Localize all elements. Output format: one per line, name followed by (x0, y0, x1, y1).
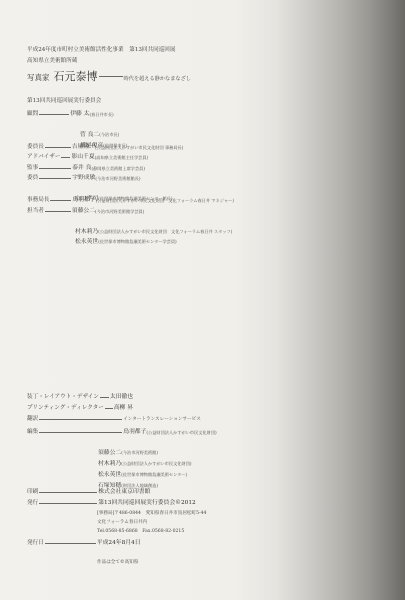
leader-dash (39, 168, 71, 169)
credit-label: 発行 (27, 501, 38, 507)
role-label: 事務局長 (27, 198, 49, 204)
role-members: 委員 宇野成敏 (今治市河野美術館館長) (27, 176, 141, 182)
credit-label: 発行日 (27, 541, 44, 547)
credit-value: 第13回共同巡回展実行委員会©2012 (98, 501, 196, 507)
credit-value: 高柳 昇 (114, 406, 133, 412)
credit-label: 印刷 (27, 490, 38, 496)
credit-value: インタートランスレーションサービス (123, 418, 201, 423)
leader-dash (45, 147, 71, 148)
colophon-page: 平成24年度市町村立美術館活性化事業 第13回共同巡回展 高知県立美術館所蔵 写… (0, 0, 405, 600)
person-name: 鳥羽都子 (123, 430, 146, 436)
person-affiliation: (公益財団法人かすがい市民文化財団 文化フォーラム春日井 マネジャー) (96, 199, 234, 203)
committee-heading: 第13回共同巡回展実行委員会 (27, 99, 101, 105)
role-auditor: 監事 泰井 良 (静岡県立美術館上席学芸員) (27, 166, 145, 172)
person-name: 松永英世 (75, 239, 98, 245)
leader-dash (50, 200, 71, 201)
leader-dash (39, 419, 122, 420)
role-secretary-general: 事務局長 鳥羽都子 (公益財団法人かすがい市民文化財団 文化フォーラム春日井 マ… (27, 198, 234, 204)
credit-printing-director: プリンティング・ディレクター 高柳 昇 (27, 406, 133, 412)
leader-dash (39, 432, 122, 433)
credit-label: 装丁・レイアウト・デザイン (27, 395, 99, 401)
role-staff: 担当者 須藤公二 (今治市河野美術館学芸員) (27, 209, 144, 215)
credit-label: 編集 (27, 430, 38, 436)
person-affiliation: (公益財団法人かすがい市民文化財団 事務局長) (95, 146, 183, 150)
person-name: 泰井 良 (72, 166, 91, 172)
role-adviser: アドバイザー 影山千夏 (高知県立美術館主任学芸員) (27, 155, 148, 161)
title-prefix: 写真家 (27, 74, 50, 82)
project-line: 平成24年度市町村立美術館活性化事業 第13回共同巡回展 (27, 48, 176, 54)
role-label: 委員長 (27, 145, 44, 151)
credit-value: 平成24年8月4日 (97, 541, 141, 547)
role-advisors: 顧問 伊藤 太 (春日井市長) (27, 112, 114, 118)
person-name: 影山千夏 (71, 155, 94, 161)
leader-dash (39, 114, 69, 115)
person-name: 須藤公二 (72, 209, 95, 215)
leader-dash (105, 408, 113, 409)
credit-design: 装丁・レイアウト・デザイン 太田徹也 (27, 395, 133, 401)
person-name: 吉屋隆一 (72, 145, 95, 151)
credit-publisher: 発行 第13回共同巡回展実行委員会©2012 (27, 501, 196, 507)
role-label: 顧問 (27, 112, 38, 118)
leader-dash (100, 397, 109, 398)
leader-dash (39, 503, 97, 504)
role-label: アドバイザー (27, 155, 60, 161)
leader-dash (39, 492, 97, 493)
person-affiliation: (今治市河野美術館学芸員) (95, 210, 144, 214)
person-affiliation: (公益財団法人かすがい市民文化財団) (146, 431, 216, 435)
publisher-address-line: [事務局]〒486-0844 愛知県春日井市鳥居松町5-44 (97, 512, 206, 517)
person-name: 鳥羽都子 (72, 198, 95, 204)
person-entry: 石塚知穂(財団法人地域創造) (98, 474, 158, 490)
role-label: 監事 (27, 166, 38, 172)
collection-line: 高知県立美術館所蔵 (27, 59, 77, 65)
person-name: 宇野成敏 (72, 176, 95, 182)
copyright-note: 作品は全て©高知県 (97, 561, 138, 566)
title-subtitle: 時代を超える静かなまなざし (124, 77, 191, 82)
credit-value: 太田徹也 (110, 395, 133, 401)
publisher-address-line: 文化フォーラム春日井内 (97, 521, 147, 526)
role-label: 担当者 (27, 209, 44, 215)
person-affiliation: (佐世保市博物館島瀬美術センター学芸員) (98, 239, 176, 244)
credit-value: 株式会社東京印書館 (98, 490, 150, 496)
role-chairperson: 委員長 吉屋隆一 (公益財団法人かすがい市民文化財団 事務局長) (27, 145, 183, 151)
exhibition-title: 写真家 石元泰博 時代を超える静かなまなざし (27, 71, 191, 82)
credit-editing: 編集 鳥羽都子 (公益財団法人かすがい市民文化財団) (27, 430, 217, 436)
credit-issue-date: 発行日 平成24年8月4日 (27, 541, 141, 547)
leader-dash (61, 157, 70, 158)
title-name: 石元泰博 (54, 71, 98, 82)
person-affiliation: (春日井市長) (89, 113, 113, 117)
leader-dash (45, 211, 71, 212)
person-affiliation: (高知県立美術館主任学芸員) (95, 156, 149, 160)
leader-dash (39, 178, 71, 179)
title-dash (99, 76, 123, 77)
person-affiliation: (財団法人地域創造) (121, 483, 158, 488)
credit-label: プリンティング・ディレクター (27, 406, 104, 412)
person-affiliation: (今治市河野美術館館長) (95, 177, 140, 181)
person-affiliation: (静岡県立美術館上席学芸員) (91, 167, 145, 171)
publisher-contact-line: Tel.0568-85-6868 Fax.0568-82-0215 (97, 530, 184, 535)
credit-label: 翻訳 (27, 417, 38, 423)
role-label: 委員 (27, 176, 38, 182)
leader-dash (45, 543, 96, 544)
credit-translation: 翻訳 インタートランスレーションサービス (27, 417, 201, 423)
person-name: 伊藤 太 (70, 112, 89, 118)
person-entry: 松永英世(佐世保市博物館島瀬美術センター学芸員) (75, 230, 177, 246)
credit-printing: 印刷 株式会社東京印書館 (27, 490, 150, 496)
